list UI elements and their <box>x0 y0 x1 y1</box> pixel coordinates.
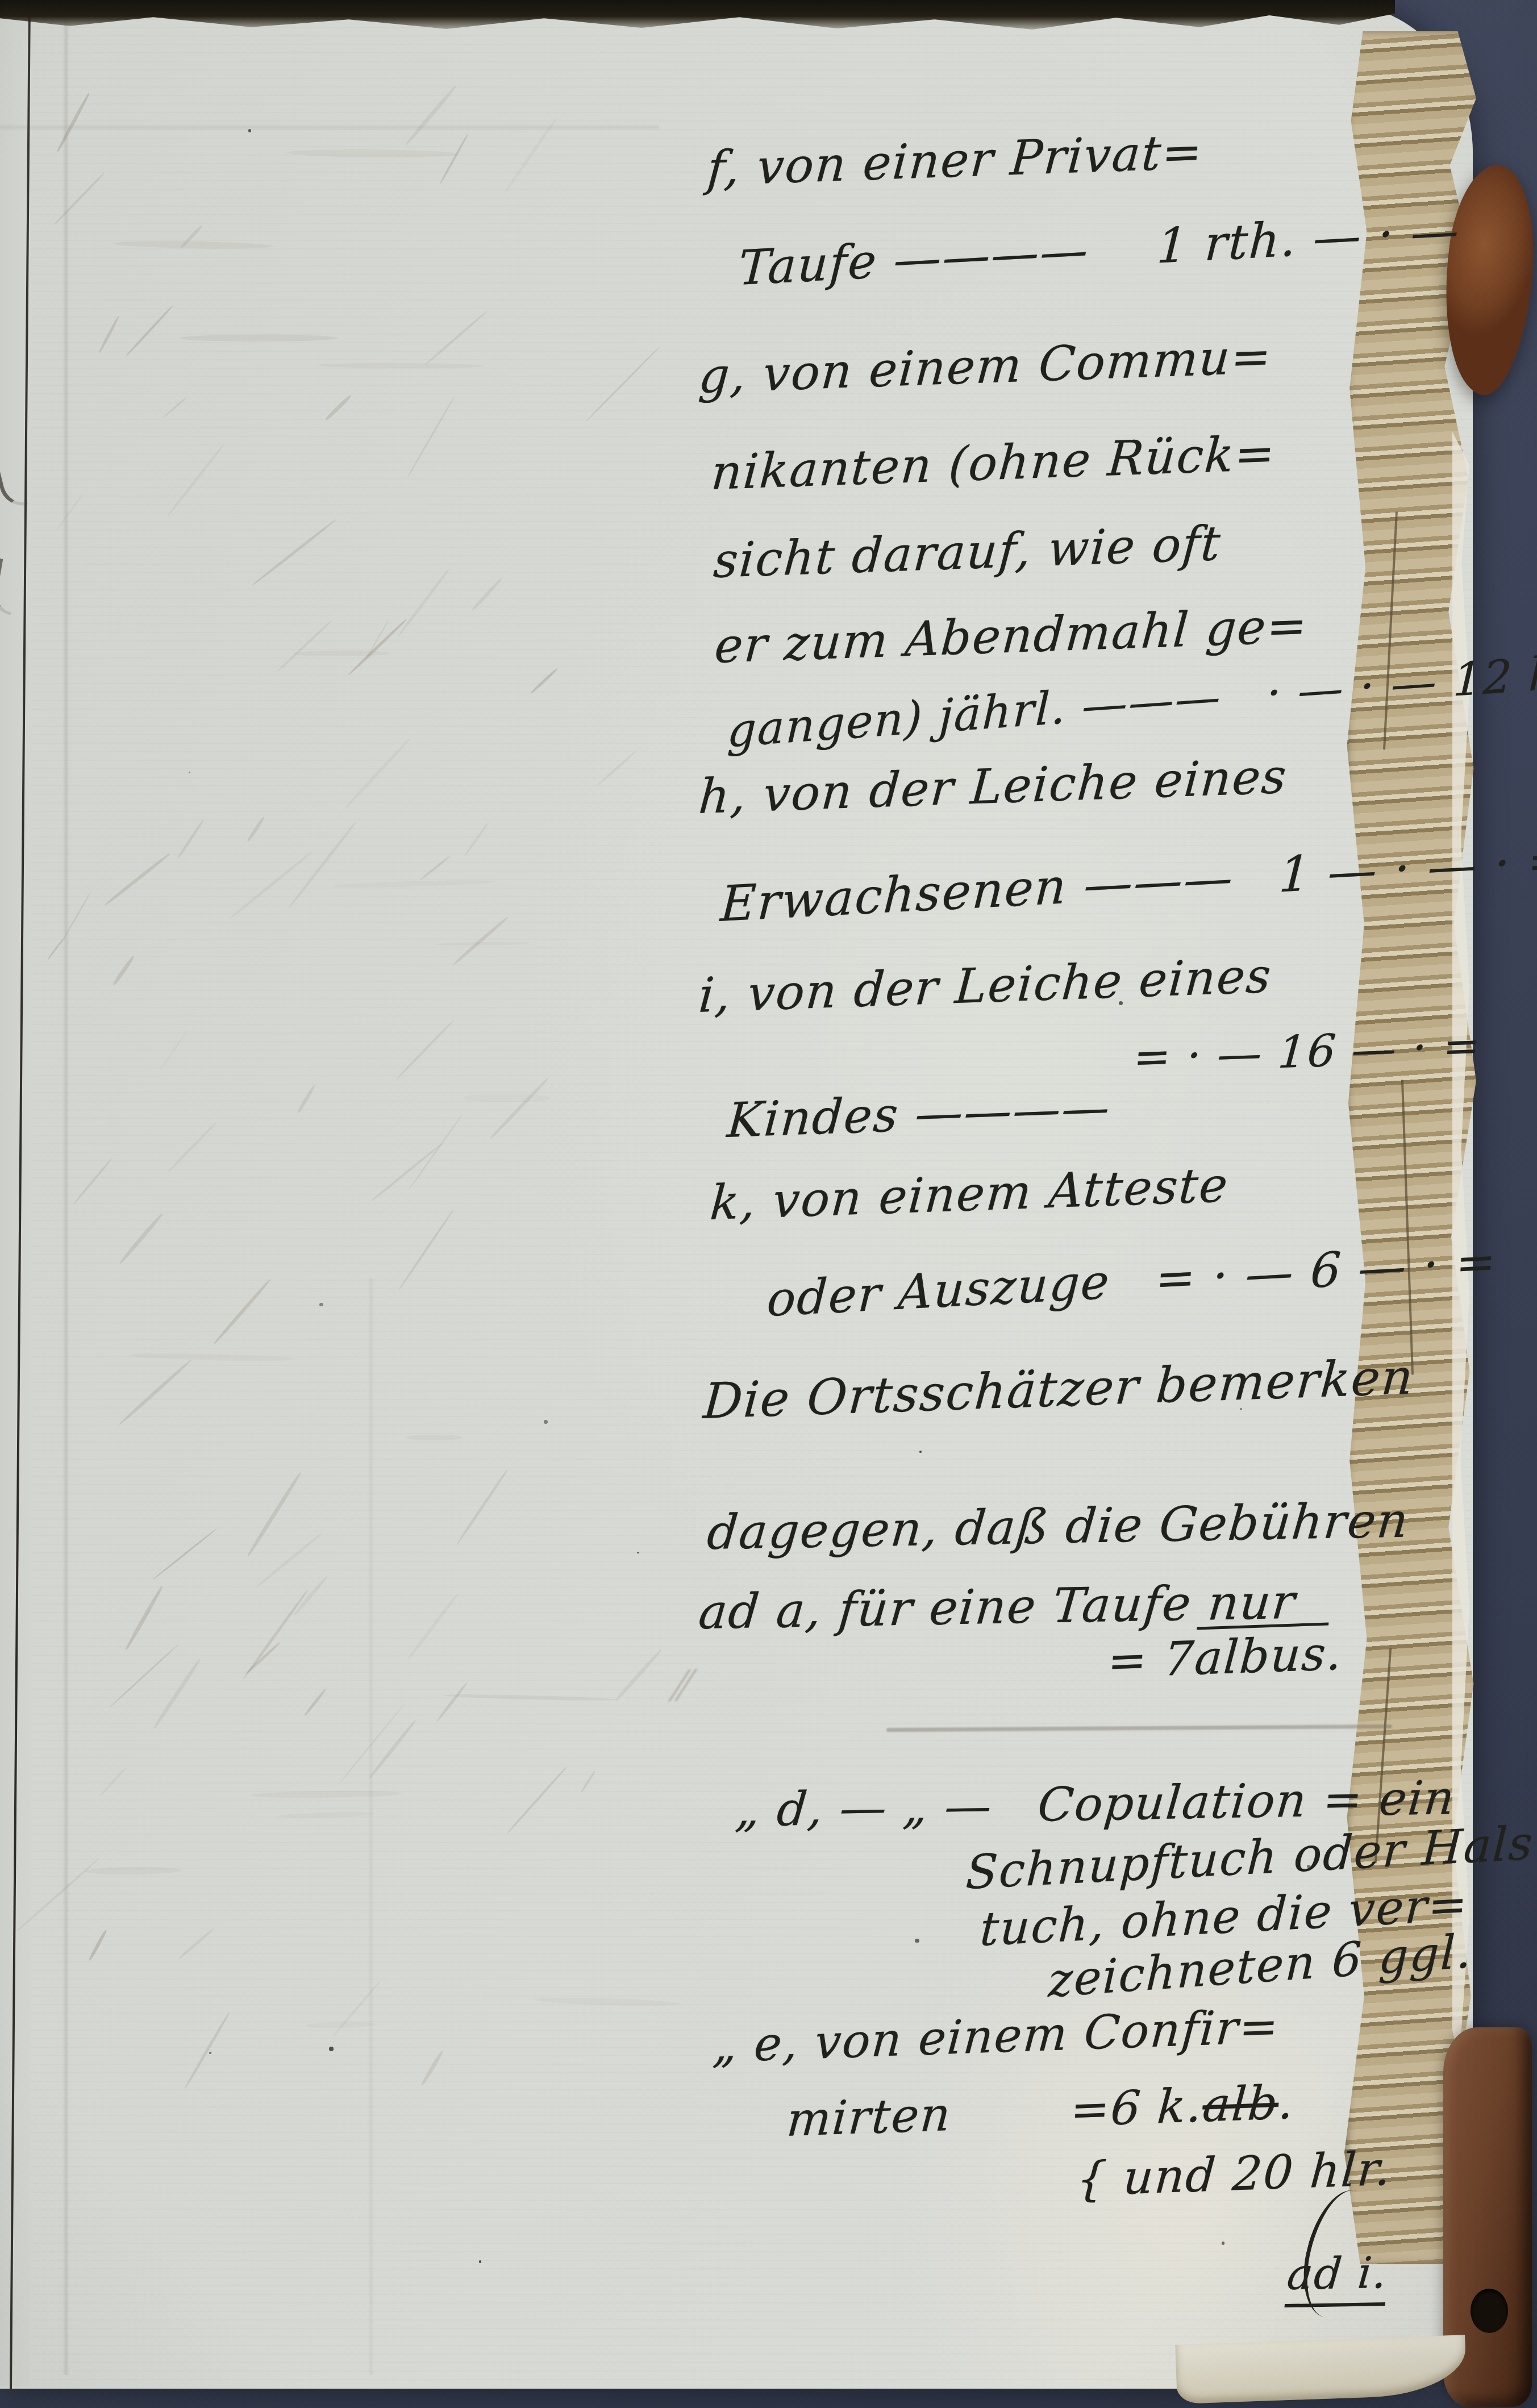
manuscript-segment: g, von einem Commu= <box>697 328 1274 405</box>
manuscript-segment: = 7 <box>1106 1632 1197 1689</box>
manuscript-line: f, von einer Privat= <box>706 123 1205 197</box>
manuscript-line: = 7 albus. <box>1106 1622 1345 1689</box>
manuscript-segment: Kindes ———— <box>726 1079 1113 1148</box>
faded-bleed-numeral: ⁄⁄ <box>674 1655 764 1714</box>
manuscript-segment: sicht darauf, wie oft <box>712 515 1223 589</box>
manuscript-segment: i, von der Leiche eines <box>697 948 1274 1024</box>
manuscript-segment: Erwachsenen ——— <box>719 849 1235 933</box>
manuscript-text: f, von einer Privat=Taufe ————1 rth. — ·… <box>0 0 1537 2408</box>
manuscript-segment: k, von einem Atteste <box>709 1157 1231 1231</box>
manuscript-line: Erwachsenen ———1 — · — · = <box>719 831 1537 933</box>
manuscript-segment: albus <box>1193 1623 1329 1686</box>
manuscript-segment: oder Auszuge <box>765 1253 1111 1327</box>
manuscript-segment: = <box>1069 2082 1113 2138</box>
manuscript-line: nikanten (ohne Rück= <box>710 425 1278 501</box>
manuscript-line: k, von einem Atteste <box>709 1157 1231 1231</box>
manuscript-line: Taufe ————1 rth. — · — <box>737 202 1461 296</box>
manuscript-segment: 6 k. <box>1109 2078 1205 2136</box>
manuscript-line: i, von der Leiche eines <box>697 948 1274 1024</box>
manuscript-segment: mirten <box>785 2088 953 2147</box>
manuscript-line: = · — 16 — · = <box>1132 1020 1483 1084</box>
manuscript-line: Die Ortsschätzer bemerken <box>701 1348 1415 1430</box>
manuscript-segment: · — · — 12 hlr. <box>1266 643 1537 720</box>
manuscript-segment: . <box>1325 1627 1345 1681</box>
manuscript-segment: „ e, von einem Confir= <box>711 1999 1281 2073</box>
scanned-manuscript-photo: f, von einer Privat=Taufe ————1 rth. — ·… <box>0 0 1537 2408</box>
manuscript-segment: nikanten (ohne Rück= <box>710 425 1278 501</box>
manuscript-segment: Taufe ———— <box>737 222 1090 296</box>
manuscript-segment: „ d, — „ — <box>734 1779 995 1838</box>
manuscript-segment: er zum Abendmahl ge= <box>713 597 1310 674</box>
manuscript-segment: = · — 6 — · = <box>1154 1233 1498 1307</box>
manuscript-segment: = · — 16 — · = <box>1132 1020 1483 1084</box>
manuscript-segment: 1 rth. — · — <box>1156 202 1461 274</box>
manuscript-segment: Die Ortsschätzer bemerken <box>701 1348 1415 1430</box>
manuscript-line: oder Auszuge= · — 6 — · = <box>765 1233 1498 1327</box>
manuscript-line: dagegen, daß die Gebühren <box>705 1492 1411 1560</box>
manuscript-segment: dagegen, daß die Gebühren <box>705 1492 1411 1560</box>
manuscript-line: g, von einem Commu= <box>697 328 1274 405</box>
manuscript-line: h, von der Leiche eines <box>697 748 1289 824</box>
manuscript-line: mirten= 6 k. alb. <box>785 2076 1297 2147</box>
manuscript-line: „ e, von einem Confir= <box>711 1999 1281 2073</box>
manuscript-segment: . <box>1277 2076 1297 2130</box>
manuscript-segment: 1 — · — · = <box>1277 831 1537 903</box>
manuscript-segment: alb <box>1201 2076 1280 2133</box>
manuscript-segment: h, von der Leiche eines <box>697 748 1289 824</box>
manuscript-line: Kindes ———— <box>726 1079 1113 1148</box>
manuscript-segment: gangen) jährl. ——— <box>726 670 1222 757</box>
manuscript-line: sicht darauf, wie oft <box>712 515 1223 589</box>
manuscript-line: er zum Abendmahl ge= <box>713 597 1310 674</box>
manuscript-segment: f, von einer Privat= <box>706 123 1205 197</box>
